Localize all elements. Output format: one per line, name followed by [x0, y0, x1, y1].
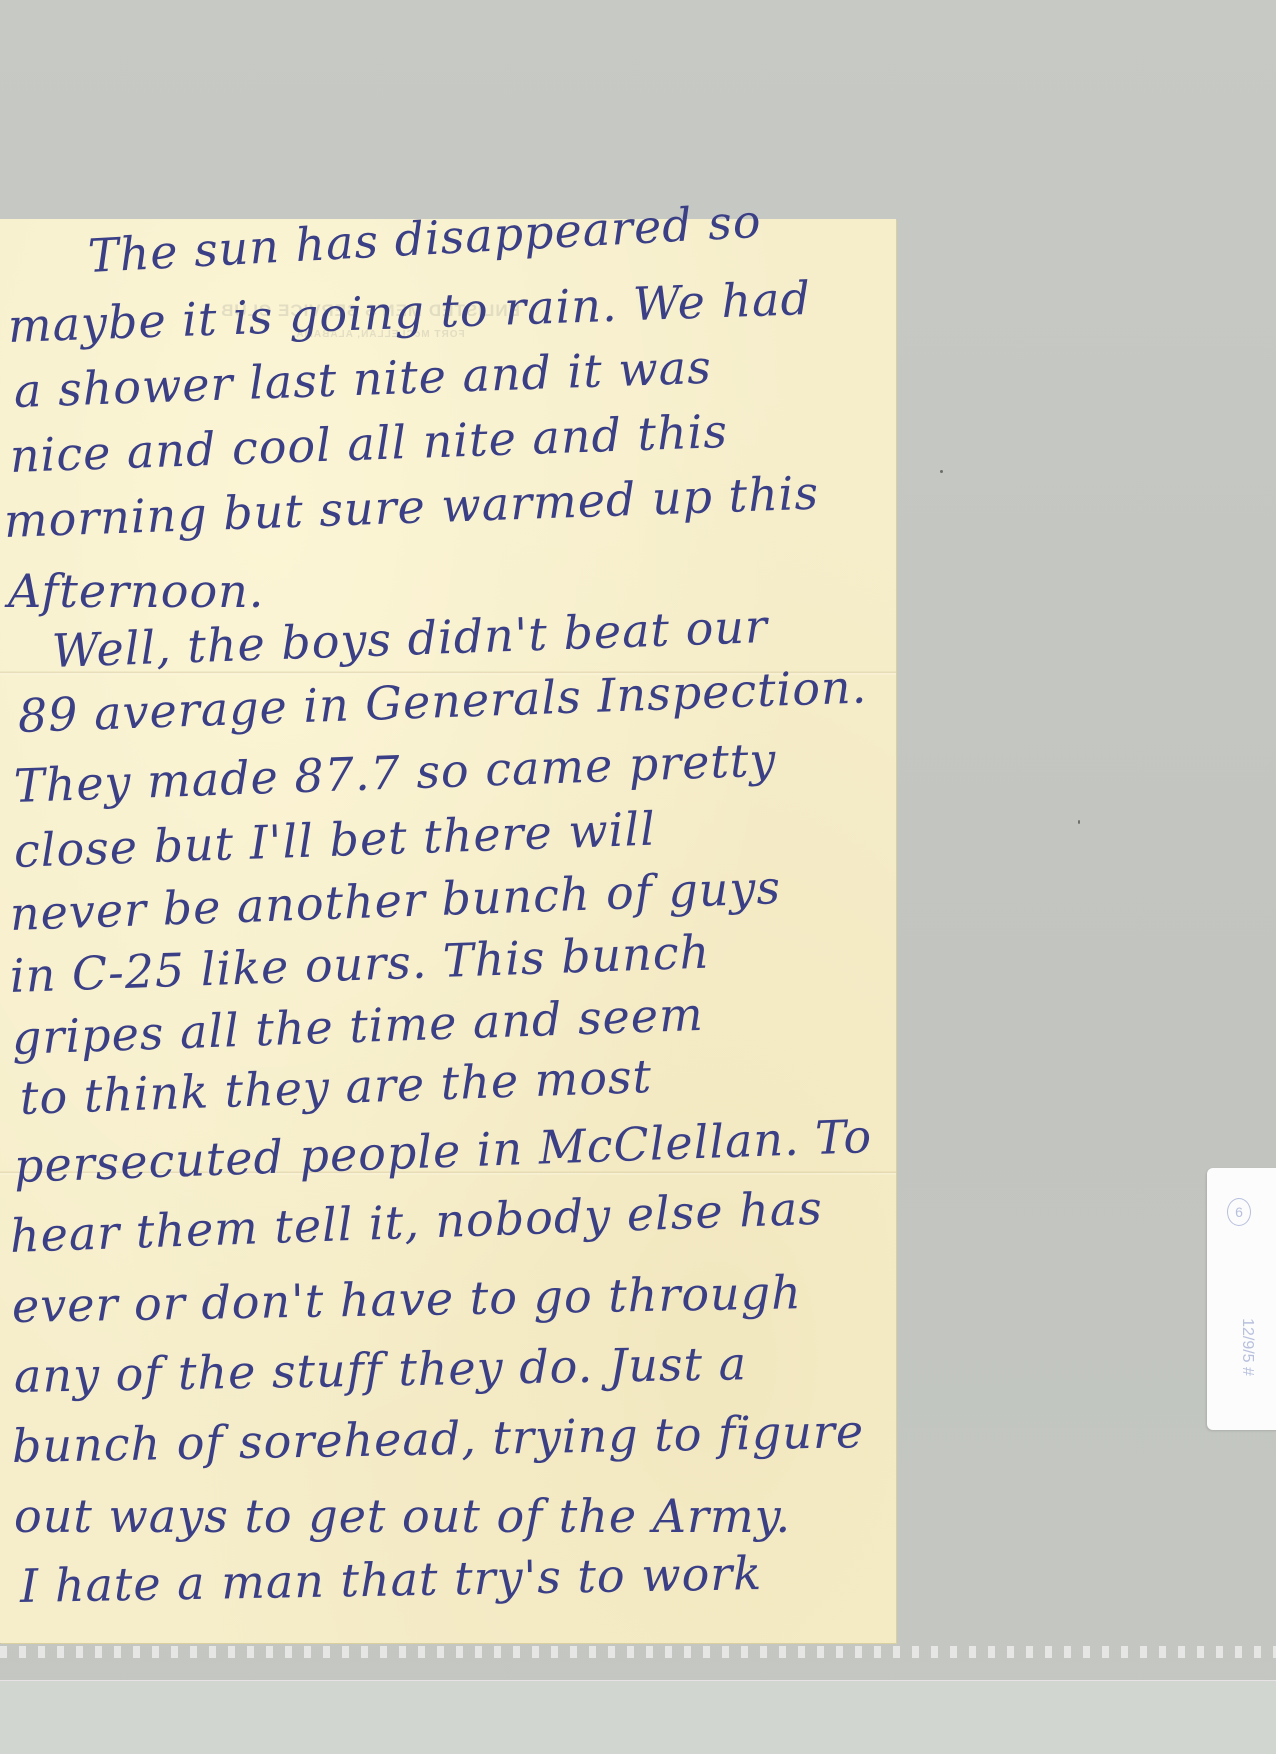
- letter-line: nice and cool all nite and this: [9, 404, 729, 483]
- archive-label-sticker: 6 12/9/5 #: [1207, 1168, 1276, 1430]
- letter-line: ever or don't have to go through: [12, 1265, 803, 1333]
- letter-line: They made 87.7 so came pretty: [13, 732, 777, 813]
- letter-line: out ways to get out of the Army.: [14, 1489, 791, 1543]
- protective-sleeve-edge: [0, 1680, 1276, 1754]
- letter-line: persecuted people in McClellan. To: [13, 1109, 873, 1193]
- letter-line: Afternoon.: [8, 564, 264, 618]
- letter-line: any of the stuff they do. Just a: [14, 1336, 748, 1403]
- letter-line: bunch of sorehead, trying to figure: [12, 1404, 865, 1473]
- letter-line: a shower last nite and it was: [13, 340, 713, 418]
- letter-line: hear them tell it, nobody else has: [9, 1181, 824, 1263]
- letter-line: I hate a man that try's to work: [20, 1546, 763, 1613]
- scan-speck: [1078, 820, 1080, 824]
- circled-page-number: 6: [1227, 1198, 1251, 1226]
- archive-notation: 12/9/5 #: [1238, 1287, 1256, 1407]
- sleeve-perforation-strip: [0, 1646, 1276, 1658]
- scan-speck: [940, 470, 943, 473]
- letter-line: close but I'll bet there will: [13, 802, 657, 878]
- letter-page: ENLISTED MEN'S SERVICE CLUB FORT McCLELL…: [0, 219, 896, 1643]
